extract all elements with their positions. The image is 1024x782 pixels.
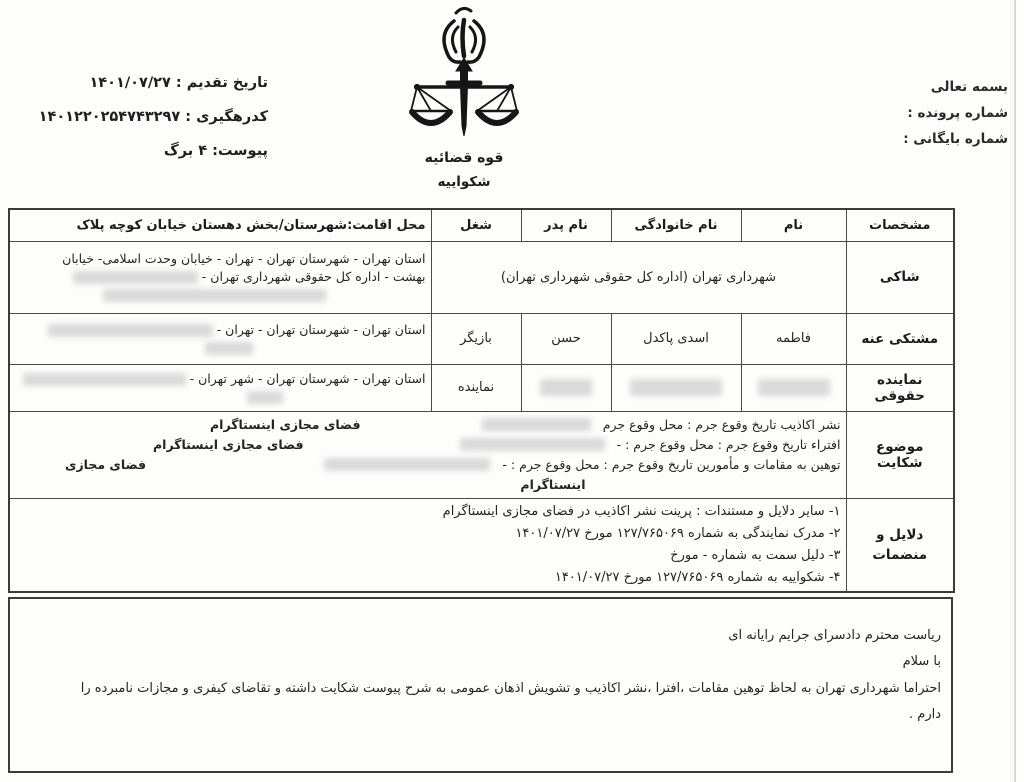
bismillah: بسمه تعالی	[903, 74, 1008, 100]
archive-number-label: شماره بایگانی :	[903, 126, 1008, 152]
evidence-item-1: ۱- سایر دلایل و مستندات : پرینت نشر اکاذ…	[15, 501, 841, 523]
col-header-last-name: نام خانوادگی	[611, 209, 741, 241]
subject-line-2: افتراء تاریخ وقوع جرم : محل وقوع جرم : -…	[15, 435, 841, 455]
submission-date: تاریخ تقدیم : ۱۴۰۱/۰۷/۲۷	[12, 66, 268, 100]
header-meta-left: تاریخ تقدیم : ۱۴۰۱/۰۷/۲۷ کدرهگیری : ۱۴۰۱…	[12, 66, 268, 168]
redacted-blur	[540, 379, 592, 396]
legal-rep-first-name	[741, 364, 846, 411]
redacted-blur	[247, 391, 283, 404]
defendant-last-name: اسدی پاکدل	[611, 313, 741, 364]
legal-rep-job: نماینده	[431, 364, 521, 411]
redacted-blur	[103, 289, 326, 302]
tracking-code: کدرهگیری : ۱۴۰۱۲۲۰۲۵۴۷۴۳۲۹۷	[12, 100, 268, 134]
defendant-address: استان تهران - شهرستان تهران - تهران -	[9, 313, 431, 364]
col-header-job: شغل	[431, 209, 521, 241]
scan-page-edge-line	[1014, 0, 1016, 782]
col-header-first-name: نام	[741, 209, 846, 241]
subject-row: موضوع شکایت نشر اکاذیب تاریخ وقوع جرم : …	[9, 411, 954, 498]
statement-box: ریاست محترم دادسرای جرایم رایانه ای با س…	[8, 597, 953, 773]
plaintiff-name: شهرداری تهران (اداره کل حقوقی شهرداری ته…	[431, 241, 846, 313]
col-header-father-name: نام پدر	[521, 209, 611, 241]
plaintiff-row: شاکی شهرداری تهران (اداره کل حقوقی شهردا…	[9, 241, 954, 313]
scanned-complaint-document: { "header": { "bismillah": "بسمه تعالی",…	[0, 0, 1024, 782]
subject-line-3: توهین به مقامات و مأمورین تاریخ وقوع جرم…	[15, 455, 841, 475]
legal-rep-label: نماینده حقوقی	[846, 364, 954, 411]
redacted-blur	[205, 342, 253, 355]
plaintiff-address-line2: بهشت - اداره کل حقوقی شهرداری تهران -	[15, 268, 426, 286]
col-header-id: مشخصات	[846, 209, 954, 241]
evidence-item-3: ۳- دلیل سمت به شماره - مورخ	[15, 545, 841, 567]
redacted-blur	[482, 418, 591, 431]
judiciary-emblem-block: قوه قضائیه شکواییه	[402, 6, 526, 190]
redacted-blur	[630, 379, 722, 396]
redacted-blur	[324, 458, 490, 471]
attachment-count: پیوست: ۴ برگ	[12, 134, 268, 168]
defendant-father-name: حسن	[521, 313, 611, 364]
subject-label: موضوع شکایت	[846, 411, 954, 498]
defendant-label: مشتکی عنه	[846, 313, 954, 364]
subject-content: نشر اکاذیب تاریخ وقوع جرم : محل وقوع جرم…	[9, 411, 846, 498]
legal-rep-row: نماینده حقوقی نماینده استان تهران - شهرس…	[9, 364, 954, 411]
evidence-item-4: ۴- شکواییه به شماره ۱۲۷/۷۶۵۰۶۹ مورخ ۱۴۰۱…	[15, 567, 841, 589]
defendant-row: مشتکی عنه فاطمه اسدی پاکدل حسن بازیگر اس…	[9, 313, 954, 364]
statement-salutation: ریاست محترم دادسرای جرایم رایانه ای	[24, 623, 941, 649]
statement-greeting: با سلام	[24, 649, 941, 675]
redacted-blur	[73, 271, 198, 284]
scales-of-justice-emblem-icon	[409, 6, 519, 146]
defendant-first-name: فاطمه	[741, 313, 846, 364]
subject-line-1: نشر اکاذیب تاریخ وقوع جرم : محل وقوع جرم…	[15, 415, 841, 435]
redacted-blur	[48, 324, 213, 337]
defendant-job: بازیگر	[431, 313, 521, 364]
complaint-form-table: مشخصات نام نام خانوادگی نام پدر شغل محل …	[8, 208, 955, 593]
authority-title: قوه قضائیه	[402, 150, 526, 166]
evidence-item-2: ۲- مدرک نمایندگی به شماره ۱۲۷/۷۶۵۰۶۹ مور…	[15, 523, 841, 545]
redacted-blur	[460, 438, 605, 451]
plaintiff-address-line3	[15, 286, 426, 304]
table-header-row: مشخصات نام نام خانوادگی نام پدر شغل محل …	[9, 209, 954, 241]
plaintiff-address: استان تهران - شهرستان تهران - تهران - خی…	[9, 241, 431, 313]
statement-closing: دارم .	[24, 702, 941, 728]
plaintiff-label: شاکی	[846, 241, 954, 313]
evidence-label: دلایل و منضمات	[846, 498, 954, 592]
redacted-blur	[758, 379, 830, 396]
legal-rep-father-name	[521, 364, 611, 411]
header-meta-right: بسمه تعالی شماره پرونده : شماره بایگانی …	[903, 74, 1008, 152]
document-title: شکواییه	[402, 174, 526, 190]
subject-line-4: اینستاگرام	[15, 475, 841, 495]
plaintiff-address-line1: استان تهران - شهرستان تهران - تهران - خی…	[15, 250, 426, 268]
evidence-row: دلایل و منضمات ۱- سایر دلایل و مستندات :…	[9, 498, 954, 592]
statement-text: احتراما شهرداری تهران به لحاظ توهین مقام…	[24, 675, 941, 702]
col-header-residence: محل اقامت:شهرستان/بخش دهستان خیابان کوچه…	[9, 209, 431, 241]
legal-rep-last-name	[611, 364, 741, 411]
evidence-content: ۱- سایر دلایل و مستندات : پرینت نشر اکاذ…	[9, 498, 846, 592]
legal-rep-address: استان تهران - شهرستان تهران - شهر تهران …	[9, 364, 431, 411]
redacted-blur	[23, 373, 186, 386]
case-number-label: شماره پرونده :	[903, 100, 1008, 126]
